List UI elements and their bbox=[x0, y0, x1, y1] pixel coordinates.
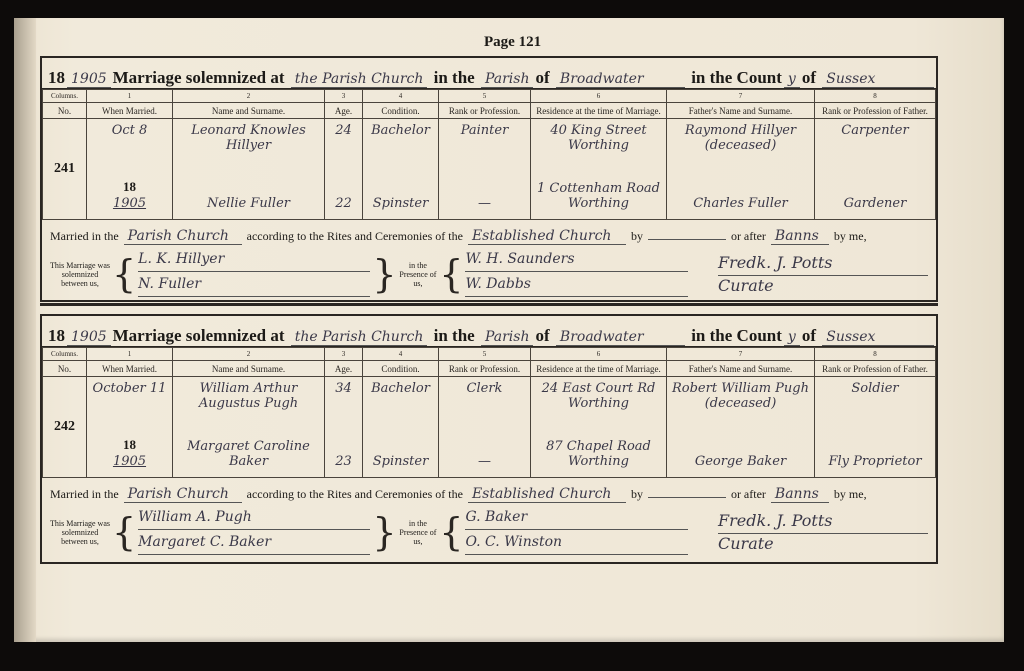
groom-condition: Bachelor bbox=[365, 123, 436, 138]
groom-name: William Arthur Augustus Pugh bbox=[175, 381, 322, 411]
groom-father: Raymond Hillyer (deceased) bbox=[669, 123, 812, 153]
married-in-line: Married in the Parish Church according t… bbox=[42, 478, 936, 503]
register-page: Page 121 181905 Marriage solemnized at t… bbox=[14, 18, 1004, 642]
groom-residence: 24 East Court Rd Worthing bbox=[533, 381, 664, 411]
district: Broadwater bbox=[556, 71, 685, 88]
groom-father: Robert William Pugh (deceased) bbox=[669, 381, 812, 411]
officiant-signature: Fredk. J. Potts Curate bbox=[718, 253, 928, 295]
bride-name: Margaret Caroline Baker bbox=[175, 439, 322, 469]
bride-residence: 87 Chapel Road Worthing bbox=[533, 439, 664, 469]
table-row: 242 October 11181905 William Arthur Augu… bbox=[43, 377, 936, 478]
witness-2: W. Dabbs bbox=[465, 276, 688, 297]
table-row: 241 Oct 8181905 Leonard Knowles HillyerN… bbox=[43, 119, 936, 220]
county: Sussex bbox=[822, 329, 934, 346]
bride-father: George Baker bbox=[669, 454, 812, 469]
bride-signature: N. Fuller bbox=[138, 276, 370, 297]
bride-father-profession: Fly Proprietor bbox=[817, 454, 933, 469]
bride-name: Nellie Fuller bbox=[175, 196, 322, 211]
married-in-line: Married in the Parish Church according t… bbox=[42, 220, 936, 245]
entry-divider bbox=[40, 303, 938, 306]
bride-age: 23 bbox=[327, 454, 360, 469]
bride-profession: — bbox=[441, 454, 528, 469]
marriage-date: October 11 bbox=[89, 381, 170, 396]
entry-table: Columns.12345678 No.When Married.Name an… bbox=[42, 89, 936, 220]
marriage-date: Oct 8 bbox=[89, 123, 170, 138]
groom-name: Leonard Knowles Hillyer bbox=[175, 123, 322, 153]
officiant-signature: Fredk. J. Potts Curate bbox=[718, 511, 928, 553]
groom-profession: Painter bbox=[441, 123, 528, 138]
bride-condition: Spinster bbox=[365, 454, 436, 469]
column-headers: No.When Married.Name and Surname.Age.Con… bbox=[43, 103, 936, 119]
signature-block: This Marriage was solemnized between us,… bbox=[42, 245, 936, 303]
district-type: Parish bbox=[481, 71, 534, 88]
district: Broadwater bbox=[556, 329, 685, 346]
groom-residence: 40 King Street Worthing bbox=[533, 123, 664, 153]
book-spine bbox=[14, 18, 36, 642]
bride-father-profession: Gardener bbox=[817, 196, 933, 211]
signature-block: This Marriage was solemnized between us,… bbox=[42, 503, 936, 561]
entry-number: 241 bbox=[43, 119, 87, 220]
groom-age: 34 bbox=[327, 381, 360, 396]
groom-age: 24 bbox=[327, 123, 360, 138]
groom-profession: Clerk bbox=[441, 381, 528, 396]
entry-heading: 181905 Marriage solemnized at the Parish… bbox=[42, 58, 936, 89]
bride-age: 22 bbox=[327, 196, 360, 211]
witness-1: G. Baker bbox=[465, 509, 688, 530]
entry-place: the Parish Church bbox=[291, 329, 428, 346]
entry-year: 1905 bbox=[67, 71, 111, 88]
groom-father-profession: Soldier bbox=[817, 381, 933, 396]
entry-table: Columns.12345678 No.When Married.Name an… bbox=[42, 347, 936, 478]
entry-place: the Parish Church bbox=[291, 71, 428, 88]
witness-2: O. C. Winston bbox=[465, 534, 688, 555]
entry-number: 242 bbox=[43, 377, 87, 478]
page-number: Page 121 bbox=[484, 34, 541, 51]
bride-condition: Spinster bbox=[365, 196, 436, 211]
county: Sussex bbox=[822, 71, 934, 88]
column-headers: No.When Married.Name and Surname.Age.Con… bbox=[43, 361, 936, 377]
bride-residence: 1 Cottenham Road Worthing bbox=[533, 181, 664, 211]
groom-condition: Bachelor bbox=[365, 381, 436, 396]
groom-father-profession: Carpenter bbox=[817, 123, 933, 138]
bride-signature: Margaret C. Baker bbox=[138, 534, 370, 555]
bride-profession: — bbox=[441, 196, 528, 211]
marriage-entry-241: 181905 Marriage solemnized at the Parish… bbox=[40, 56, 938, 302]
entry-year: 1905 bbox=[67, 329, 111, 346]
groom-signature: William A. Pugh bbox=[138, 509, 370, 530]
groom-signature: L. K. Hillyer bbox=[138, 251, 370, 272]
district-type: Parish bbox=[481, 329, 534, 346]
marriage-entry-242: 181905 Marriage solemnized at the Parish… bbox=[40, 314, 938, 564]
entry-heading: 181905 Marriage solemnized at the Parish… bbox=[42, 316, 936, 347]
witness-1: W. H. Saunders bbox=[465, 251, 688, 272]
bride-father: Charles Fuller bbox=[669, 196, 812, 211]
